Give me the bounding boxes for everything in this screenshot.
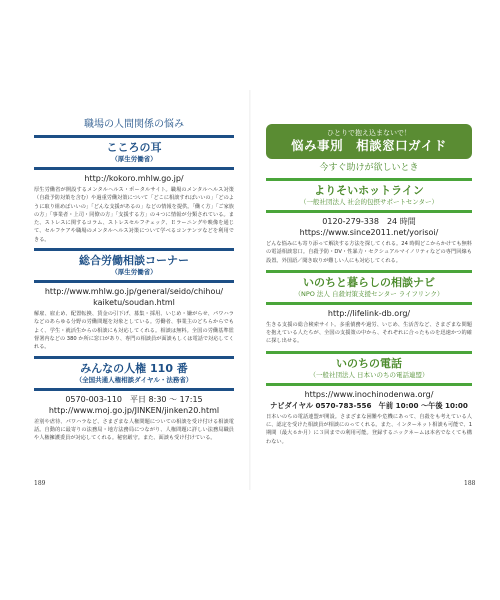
entry-navi-dial[interactable]: ナビダイヤル 0570-783-556 午前 10:00 ～午後 10:00 xyxy=(266,400,472,411)
entry-org: （一般社団法人 日本いのちの電話連盟） xyxy=(266,371,472,380)
entry-name: こころの耳 xyxy=(34,141,234,155)
entry-yorisoi: よりそいホットライン （一般社団法人 社会的包摂サポートセンター） 0120-2… xyxy=(266,184,472,265)
divider xyxy=(266,270,472,273)
entry-url[interactable]: http://kokoro.mhlw.go.jp/ xyxy=(34,173,234,184)
divider xyxy=(34,248,234,251)
entry-jinken: みんなの人権 110 番 （全国共通人権相談ダイヤル・法務省） 0570-003… xyxy=(34,362,234,443)
entry-phone[interactable]: 0120-279-338 24 時間 xyxy=(266,216,472,227)
entry-lifelink: いのちと暮らしの相談ナビ （NPO 法人 自殺対策支援センター ライフリンク） … xyxy=(266,276,472,346)
entry-description: 解雇、雇止め、配置転換、賃金の引下げ、募集・採用、いじめ・嫌がらせ、パワハラなど… xyxy=(34,310,234,351)
entry-org: （厚生労働省） xyxy=(34,268,234,277)
entry-url[interactable]: http://www.moj.go.jp/JINKEN/jinken20.htm… xyxy=(34,405,234,416)
divider xyxy=(34,280,234,283)
entry-name: いのちと暮らしの相談ナビ xyxy=(266,276,472,290)
page-number-right: 188 xyxy=(464,480,475,487)
entry-description: どんな悩みにも寄り添って解決する方法を探してくれる。24 時間どこからかけても無… xyxy=(266,240,472,265)
divider xyxy=(34,135,234,138)
left-column: 職場の人間関係の悩み こころの耳 （厚生労働省） http://kokoro.m… xyxy=(34,118,234,442)
entry-kokoro: こころの耳 （厚生労働省） http://kokoro.mhlw.go.jp/ … xyxy=(34,141,234,244)
divider xyxy=(266,383,472,386)
divider xyxy=(266,302,472,305)
entry-org: （一般社団法人 社会的包摂サポートセンター） xyxy=(266,198,472,207)
entry-org: （NPO 法人 自殺対策支援センター ライフリンク） xyxy=(266,290,472,299)
banner-title: 悩み事別 相談窓口ガイド xyxy=(266,138,472,154)
divider xyxy=(266,210,472,213)
left-page: 職場の人間関係の悩み こころの耳 （厚生労働省） http://kokoro.m… xyxy=(0,0,250,600)
banner-subtitle: ひとりで抱え込まないで！ xyxy=(266,128,472,138)
divider xyxy=(34,388,234,391)
divider xyxy=(266,178,472,181)
section-title-workplace: 職場の人間関係の悩み xyxy=(34,118,234,132)
right-column: ひとりで抱え込まないで！ 悩み事別 相談窓口ガイド 今すぐ助けが欲しいとき より… xyxy=(266,124,472,446)
divider xyxy=(34,356,234,359)
page-number-left: 189 xyxy=(34,480,45,487)
entry-org: （厚生労働省） xyxy=(34,155,234,164)
entry-description: 厚生労働省が開設するメンタルヘルス・ポータルサイト。職場のメンタルヘルス対策（自… xyxy=(34,186,234,244)
entry-url-line1[interactable]: http://www.mhlw.go.jp/general/seido/chih… xyxy=(34,286,234,297)
divider xyxy=(34,167,234,170)
entry-url[interactable]: https://www.since2011.net/yorisoi/ xyxy=(266,227,472,238)
entry-url[interactable]: https://www.inochinodenwa.org/ xyxy=(266,389,472,400)
entry-name: いのちの電話 xyxy=(266,357,472,371)
section-title-urgent: 今すぐ助けが欲しいとき xyxy=(266,162,472,175)
entry-url-line2[interactable]: kaiketu/soudan.html xyxy=(34,297,234,308)
entry-description: 差別や虐待、パワハラなど、さまざまな人権問題についての相談を受け付ける相談電話。… xyxy=(34,418,234,443)
entry-name: よりそいホットライン xyxy=(266,184,472,198)
entry-inochi: いのちの電話 （一般社団法人 日本いのちの電話連盟） https://www.i… xyxy=(266,357,472,446)
entry-description: 日本いのちの電話連盟が開設。さまざまな困難や危機にあって、自殺をも考えている人に… xyxy=(266,413,472,446)
entry-phone[interactable]: 0570-003-110 平日 8:30 ～ 17:15 xyxy=(34,394,234,405)
right-page: ひとりで抱え込まないで！ 悩み事別 相談窓口ガイド 今すぐ助けが欲しいとき より… xyxy=(250,0,500,600)
entry-name: みんなの人権 110 番 xyxy=(34,362,234,376)
entry-name: 総合労働相談コーナー xyxy=(34,254,234,268)
guide-banner: ひとりで抱え込まないで！ 悩み事別 相談窓口ガイド xyxy=(266,124,472,159)
divider xyxy=(266,351,472,354)
entry-org: （全国共通人権相談ダイヤル・法務省） xyxy=(34,376,234,385)
entry-description: 生きる支援の総合検索サイト。多重債務や過労、いじめ、生活苦など、さまざまな問題を… xyxy=(266,321,472,346)
entry-sougou: 総合労働相談コーナー （厚生労働省） http://www.mhlw.go.jp… xyxy=(34,254,234,351)
entry-url[interactable]: http://lifelink-db.org/ xyxy=(266,308,472,319)
